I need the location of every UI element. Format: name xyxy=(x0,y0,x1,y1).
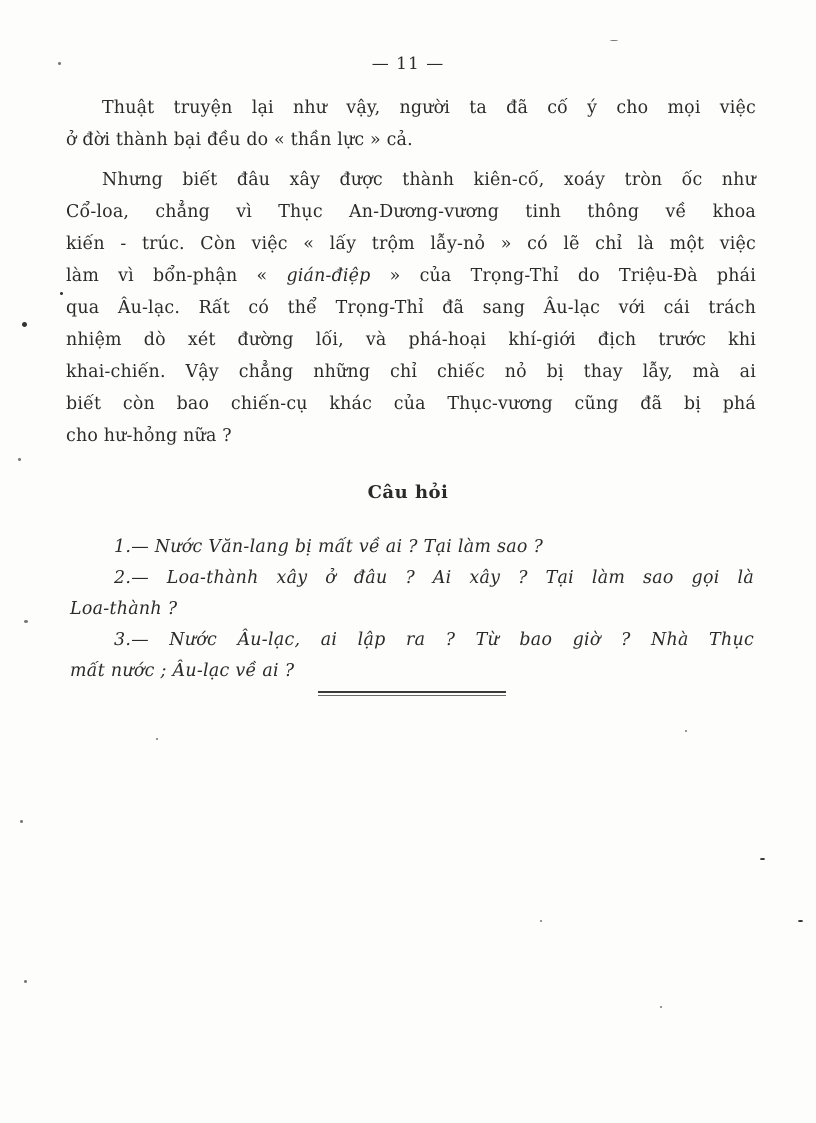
paragraph-gap xyxy=(66,156,756,164)
text-line: kiến - trúc. Còn việc « lấy trộm lẫy-nỏ … xyxy=(66,228,756,260)
scan-speck xyxy=(760,858,765,860)
text-line: ở đời thành bại đều do « thần lực » cả. xyxy=(66,124,756,156)
text-line: nhiệm dò xét đường lối, và phá-hoại khí-… xyxy=(66,324,756,356)
question-item: 2.— Loa-thành xây ở đâu ? Ai xây ? Tại l… xyxy=(70,563,754,625)
rule-line-bottom xyxy=(318,695,506,696)
text-line: khai-chiến. Vậy chẳng những chỉ chiếc nỏ… xyxy=(66,356,756,388)
scan-speck xyxy=(22,322,27,327)
text-segment: làm vì bổn-phận « xyxy=(66,266,286,286)
page-number: — 11 — xyxy=(0,54,816,74)
text-line: cho hư-hỏng nữa ? xyxy=(66,420,756,452)
question-line: 1.— Nước Văn-lang bị mất về ai ? Tại làm… xyxy=(70,532,754,563)
scan-speck xyxy=(24,620,28,623)
question-line: 2.— Loa-thành xây ở đâu ? Ai xây ? Tại l… xyxy=(70,563,754,594)
book-page: — 11 — Thuật truyện lại như vậy, người t… xyxy=(0,0,816,1123)
question-line: mất nước ; Âu-lạc về ai ? xyxy=(70,656,754,687)
scan-speck xyxy=(610,40,618,41)
text-segment: » của Trọng-Thỉ do Triệu-Đà phái xyxy=(371,266,756,286)
scan-speck xyxy=(60,292,63,295)
text-line: Thuật truyện lại như vậy, người ta đã cố… xyxy=(66,92,756,124)
text-line: qua Âu-lạc. Rất có thể Trọng-Thỉ đã sang… xyxy=(66,292,756,324)
scan-speck xyxy=(798,920,803,922)
scan-speck xyxy=(156,738,158,740)
section-title: Câu hỏi xyxy=(0,482,816,503)
question-item: 3.— Nước Âu-lạc, ai lập ra ? Từ bao giờ … xyxy=(70,625,754,687)
text-line: làm vì bổn-phận « gián-điệp » của Trọng-… xyxy=(66,260,756,292)
end-rule-divider xyxy=(318,691,506,697)
question-line: Loa-thành ? xyxy=(70,594,754,625)
scan-speck xyxy=(24,980,27,983)
text-line: biết còn bao chiến-cụ khác của Thục-vươn… xyxy=(66,388,756,420)
italic-term: gián-điệp xyxy=(286,266,370,286)
scan-speck xyxy=(540,920,542,922)
paragraph-2: Nhưng biết đâu xây được thành kiên-cố, x… xyxy=(66,164,756,452)
question-item: 1.— Nước Văn-lang bị mất về ai ? Tại làm… xyxy=(70,532,754,563)
questions-list: 1.— Nước Văn-lang bị mất về ai ? Tại làm… xyxy=(70,532,754,687)
paragraph-1: Thuật truyện lại như vậy, người ta đã cố… xyxy=(66,92,756,156)
rule-line-top xyxy=(318,691,506,693)
scan-speck xyxy=(20,820,23,823)
text-line: Cổ-loa, chẳng vì Thục An-Dương-vương tin… xyxy=(66,196,756,228)
scan-speck xyxy=(685,730,687,732)
scan-speck xyxy=(660,1006,662,1008)
scan-speck xyxy=(58,62,61,65)
text-line: Nhưng biết đâu xây được thành kiên-cố, x… xyxy=(66,164,756,196)
body-text: Thuật truyện lại như vậy, người ta đã cố… xyxy=(66,92,756,452)
scan-speck xyxy=(18,458,21,461)
question-line: 3.— Nước Âu-lạc, ai lập ra ? Từ bao giờ … xyxy=(70,625,754,656)
